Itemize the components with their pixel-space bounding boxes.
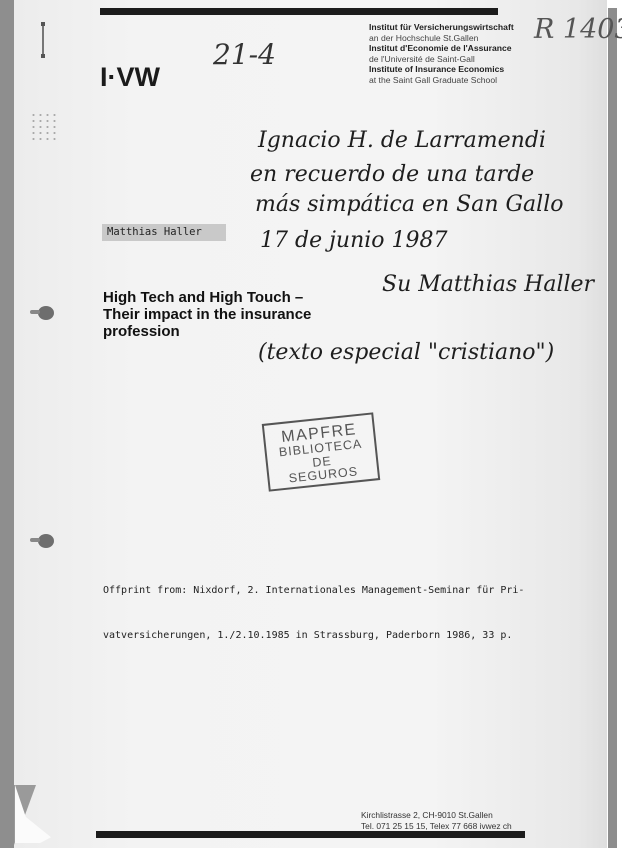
title-line: profession	[103, 323, 363, 340]
offprint-citation: Offprint from: Nixdorf, 2. International…	[103, 553, 524, 658]
institute-line: de l'Université de Saint-Gall	[369, 54, 514, 65]
title-line: High Tech and High Touch –	[103, 289, 363, 306]
punch-hole-icon	[38, 534, 54, 548]
author-name: Matthias Haller	[107, 226, 202, 238]
header-rule	[100, 8, 498, 15]
address-line: Kirchlistrasse 2, CH-9010 St.Gallen	[361, 810, 512, 821]
scan-left-border	[0, 0, 14, 848]
institute-line: Institut für Versicherungswirtschaft	[369, 22, 514, 33]
archive-ref-handwritten: 21-4	[213, 38, 276, 71]
dedication-line: Ignacio H. de Larramendi	[258, 128, 546, 153]
dedication-date: 17 de junio 1987	[260, 228, 448, 253]
institute-block: Institut für Versicherungswirtschaft an …	[369, 22, 514, 85]
dedication-line: más simpática en San Gallo	[255, 192, 564, 217]
institute-line: at the Saint Gall Graduate School	[369, 75, 514, 86]
institute-line: Institute of Insurance Economics	[369, 64, 514, 75]
institute-address: Kirchlistrasse 2, CH-9010 St.Gallen Tel.…	[361, 810, 512, 831]
dedication-note: (texto especial "cristiano")	[258, 340, 554, 365]
footer-rule	[96, 831, 525, 838]
dedication-signature: Su Matthias Haller	[382, 272, 594, 297]
citation-line: Offprint from: Nixdorf, 2. International…	[103, 583, 524, 598]
citation-line: vatversicherungen, 1./2.10.1985 in Stras…	[103, 628, 524, 643]
address-line: Tel. 071 25 15 15, Telex 77 668 ivwez ch	[361, 821, 512, 832]
title-line: Their impact in the insurance	[103, 306, 363, 323]
paper-specks	[30, 112, 60, 142]
dedication-line: en recuerdo de una tarde	[250, 162, 534, 187]
scan-right-border	[608, 8, 617, 848]
document-title: High Tech and High Touch – Their impact …	[103, 289, 363, 340]
ivw-logo: I·VW	[100, 62, 160, 93]
library-stamp: MAPFRE BIBLIOTECA DE SEGUROS	[262, 412, 380, 491]
institute-line: Institut d'Economie de l'Assurance	[369, 43, 514, 54]
staple-mark	[42, 22, 44, 58]
catalog-ref-handwritten: R 1403	[534, 14, 622, 45]
institute-line: an der Hochschule St.Gallen	[369, 33, 514, 44]
punch-hole-icon	[38, 306, 54, 320]
